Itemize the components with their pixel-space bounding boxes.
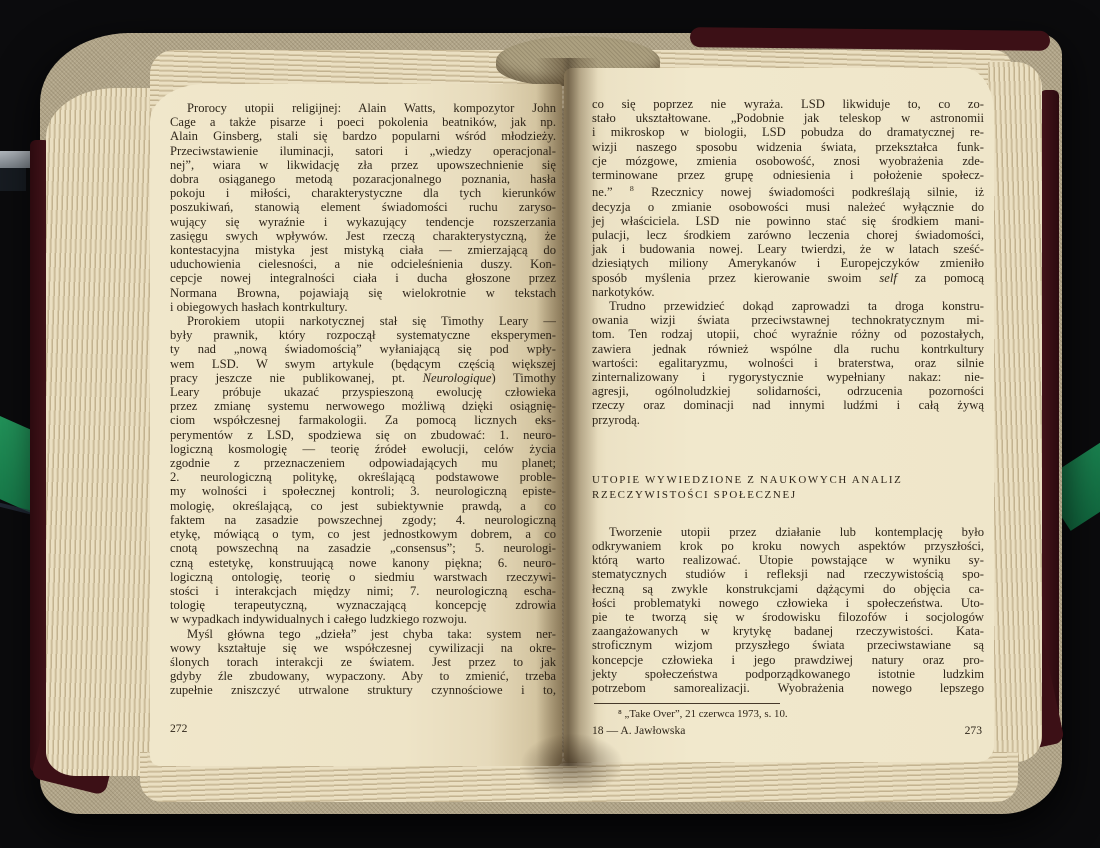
- section-heading: UTOPIE WYWIEDZIONE Z NAUKOWYCH ANALIZ RZ…: [592, 473, 984, 504]
- text-line: cje mózgowe, zmienia osobowość, znosi wy…: [592, 154, 984, 168]
- text-line: zupełnie zniszczyć utrwalone struktury c…: [170, 683, 556, 697]
- text-line: łeczną są zwykle konstrukcjami dążącymi …: [592, 582, 984, 596]
- text-line: agresji, ogólnoludzkiej solidarności, od…: [592, 384, 984, 398]
- text-line: pracy jeszcze nie publikowanej, pt. Neur…: [170, 371, 556, 385]
- clip-shadow: [0, 167, 26, 191]
- text-line: dobra osiąganego metodą pozaracjonalnego…: [170, 172, 556, 186]
- text-line: i obiegowych hasłach kontrkultury.: [170, 300, 556, 314]
- text-line: łości problematyki nowego człowieka i sp…: [592, 596, 984, 610]
- text-line: przyrodą.: [592, 413, 984, 427]
- text-line: ciom współczesnej farmakologii. Za pomoc…: [170, 413, 556, 427]
- text-line: logiczną ontologię, teorię o siedmiu war…: [170, 570, 556, 584]
- text-line: w wypadkach indywidualnych i całego ludz…: [170, 612, 556, 626]
- metal-clip: [0, 151, 30, 168]
- text-line: nej”, wiara w likwidację zła przez upows…: [170, 158, 556, 172]
- text-line: odkrywaniem krok po kroku nowych aspektó…: [592, 539, 984, 553]
- paragraph: Myśl główna tego „dzieła” jest chyba tak…: [170, 627, 556, 698]
- text-line: i mikroskop w biologii, LSD pobudza do d…: [592, 125, 984, 139]
- text-line: pie te tworzą się w środowisku filozofów…: [592, 610, 984, 624]
- text-line: stało ukształtowane. „Podobnie jak teles…: [592, 111, 984, 125]
- text-line: tom. Ten rodzaj utopii, choć wyraźnie ró…: [592, 327, 984, 341]
- text-line: Przeciwstawienie iluminacji, satori i „w…: [170, 144, 556, 158]
- text-line: wowy kształtuje się we współczesnej cywi…: [170, 641, 556, 655]
- text-line: Prorocy utopii religijnej: Alain Watts, …: [170, 101, 556, 115]
- text-line: etykę, mówiącą o tym, co jest jednostkow…: [170, 527, 556, 541]
- text-line: zawiera jednak również wspólne dla ruchu…: [592, 342, 984, 356]
- text-line: kontestacyjna mistyka jest mistyką ciała…: [170, 243, 556, 257]
- text-line: mologię, określającą, co jest subiektywn…: [170, 499, 556, 513]
- text-line: wujący się wyraźnie i wykazujący tendenc…: [170, 215, 556, 229]
- text-line: Normana Browna, pojawiają się wielokrotn…: [170, 286, 556, 300]
- text-line: jak i budowania nowej. Leary twierdzi, ż…: [592, 242, 984, 256]
- text-line: Alain Ginsberg, stali się bardzo popular…: [170, 129, 556, 143]
- text-line: wem LSD. W swym artykule (będącym części…: [170, 357, 556, 371]
- text-line: terminowane przez grupę odniesienia i po…: [592, 168, 984, 182]
- text-line: czną estetykę, konstruującą nowe kanony …: [170, 556, 556, 570]
- text-line: stroficznym wizjom przyszłego świata prz…: [592, 638, 984, 652]
- left-page-text: Prorocy utopii religijnej: Alain Watts, …: [170, 101, 556, 698]
- text-line: potrzebom samorealizacji. Wyobrażenia no…: [592, 681, 984, 695]
- text-line: sposób myślenia przez kierowanie swoim s…: [592, 271, 984, 285]
- paragraph: Tworzenie utopii przez działanie lub kon…: [592, 525, 984, 695]
- text-line: jekty społeczeństwa podporządkowanego is…: [592, 667, 984, 681]
- text-line: Prorokiem utopii narkotycznej stał się T…: [170, 314, 556, 328]
- text-line: były prawnik, który rozpoczął systematyc…: [170, 328, 556, 342]
- text-line: 2. neurologiczną politykę, określającą p…: [170, 470, 556, 484]
- text-line: wizji naszego sposobu widzenia świata, p…: [592, 140, 984, 154]
- text-line: Tworzenie utopii przez działanie lub kon…: [592, 525, 984, 539]
- right-page-text: co się poprzez nie wyraża. LSD likwiduje…: [592, 97, 984, 722]
- paragraph: Trudno przewidzieć dokąd zaprowadzi ta d…: [592, 299, 984, 427]
- text-line: ne.” 8 Rzecznicy nowej świadomości podkr…: [592, 182, 984, 199]
- text-line: owania wizji świata przeciwstawnej techn…: [592, 313, 984, 327]
- photo-background: Prorocy utopii religijnej: Alain Watts, …: [0, 0, 1100, 848]
- text-line: stematycznych studiów i refleksji nad rz…: [592, 567, 984, 581]
- text-line: decyzja o zmianie osobowości musi należe…: [592, 200, 984, 214]
- text-line: logiczną kosmologię — teorię źródeł ewol…: [170, 442, 556, 456]
- text-line: cepcje nowej integralności ciała i ducha…: [170, 271, 556, 285]
- text-line: uduchowienia cielesności, a nie odcieleś…: [170, 257, 556, 271]
- text-line: przez zmianę systemu nerwowego możliwą d…: [170, 399, 556, 413]
- text-line: tologię terapeutyczną, wyznaczającą konc…: [170, 598, 556, 612]
- paragraph: Prorokiem utopii narkotycznej stał się T…: [170, 314, 556, 626]
- text-line: gdyby źle zbudowany, wypaczony. Aby to z…: [170, 669, 556, 683]
- text-line: jej właściciela. LSD nie powinno stać si…: [592, 214, 984, 228]
- text-line: dziesiątych miliony Amerykanów i Europej…: [592, 256, 984, 270]
- text-line: narkotyków.: [592, 285, 984, 299]
- text-line: stości i interakcjach między nimi; 7. ne…: [170, 584, 556, 598]
- section-heading-line: RZECZYWISTOŚCI SPOŁECZNEJ: [592, 488, 984, 504]
- page-number-right: 273: [965, 724, 982, 737]
- page-number-left: 272: [170, 722, 187, 735]
- text-line: koncepcje człowieka i jego prawdziwej na…: [592, 653, 984, 667]
- text-line: którą warto realizować. Utopie powstając…: [592, 553, 984, 567]
- text-line: perymentów z LSD, spodziewa się on zbudo…: [170, 428, 556, 442]
- section-heading-line: UTOPIE WYWIEDZIONE Z NAUKOWYCH ANALIZ: [592, 473, 984, 489]
- page-edges-left: [46, 88, 166, 776]
- text-line: zaangażowanych w krytykę badanej rzeczyw…: [592, 624, 984, 638]
- paragraph: Prorocy utopii religijnej: Alain Watts, …: [170, 101, 556, 314]
- text-line: pokoju i miłości, charakterystyczne dla …: [170, 186, 556, 200]
- text-line: ślonych torach interakcji ze światem. Je…: [170, 655, 556, 669]
- text-line: zasięgu swych wpływów. Jest rzeczą chara…: [170, 229, 556, 243]
- page-edges-right: [988, 62, 1042, 762]
- text-line: Trudno przewidzieć dokąd zaprowadzi ta d…: [592, 299, 984, 313]
- text-line: faktem na zasadzie powszechnej zgody; 4.…: [170, 513, 556, 527]
- text-line: Myśl główna tego „dzieła” jest chyba tak…: [170, 627, 556, 641]
- text-line: cnotą powszechną na zasadzie „consensus”…: [170, 541, 556, 555]
- text-line: wartości: egalitaryzmu, wolności i brate…: [592, 356, 984, 370]
- footnote-rule: [594, 703, 780, 704]
- paragraph: co się poprzez nie wyraża. LSD likwiduje…: [592, 97, 984, 299]
- text-line: zinternalizowany i rygorystycznie wypełn…: [592, 370, 984, 384]
- text-line: co się poprzez nie wyraża. LSD likwiduje…: [592, 97, 984, 111]
- text-line: ty nad „nową świadomością” wyłaniającą s…: [170, 342, 556, 356]
- text-line: my wolności i społecznej kontroli; 3. ne…: [170, 484, 556, 498]
- footnote: ⁸ „Take Over”, 21 czerwca 1973, s. 10.: [592, 707, 984, 721]
- text-line: rzeczy oraz dominacji nad innymi ludźmi …: [592, 398, 984, 412]
- printer-signature: 18 — A. Jawłowska: [592, 724, 685, 737]
- right-page-footer: 18 — A. Jawłowska 273: [592, 724, 982, 737]
- board-edge-top-right: [690, 27, 1050, 51]
- text-line: Leary próbuje ukazać przyspieszoną ewolu…: [170, 385, 556, 399]
- text-line: poszukiwań, stanowią element świadomości…: [170, 200, 556, 214]
- text-line: zgodnie z przeznaczeniem odpowiadających…: [170, 456, 556, 470]
- text-line: Cage a także pisarze i poeci pokolenia b…: [170, 115, 556, 129]
- text-line: pulacji, lecz środkiem zarówno leczenia …: [592, 228, 984, 242]
